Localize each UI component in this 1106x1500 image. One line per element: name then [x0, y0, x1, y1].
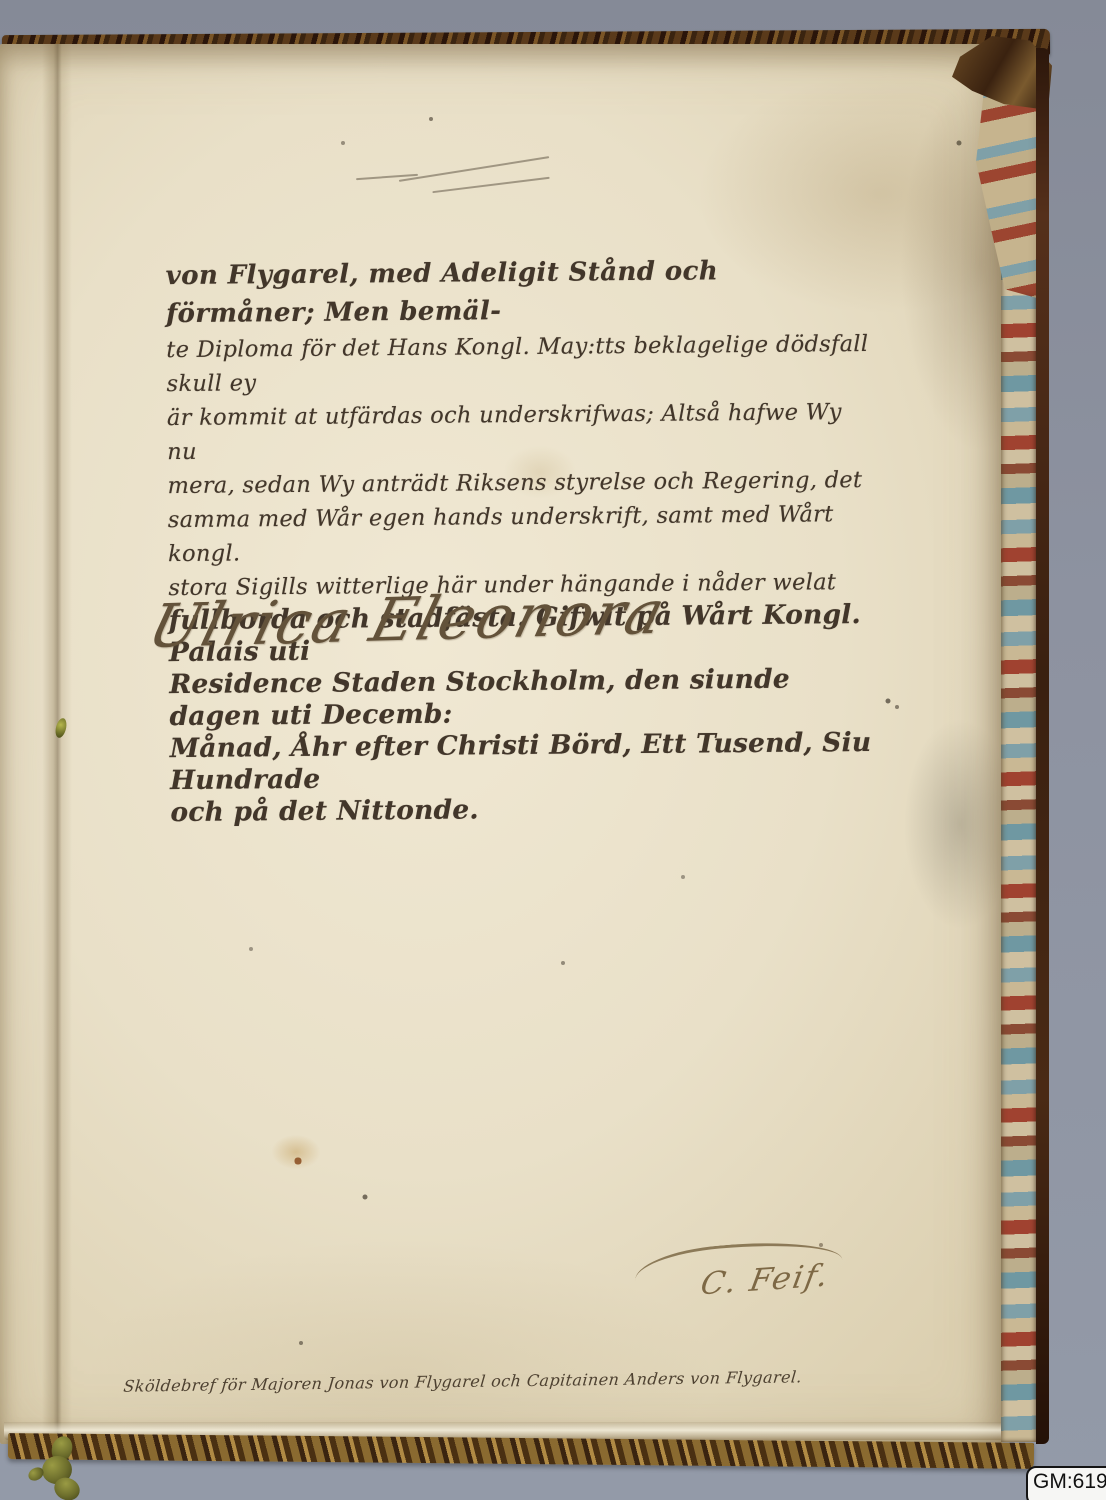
manuscript-line: och på det Nittonde.: [170, 791, 876, 829]
manuscript-line: von Flygarel, med Adeligit Stånd och för…: [166, 251, 873, 333]
manuscript-line: te Diploma för det Hans Kongl. May:tts b…: [166, 327, 873, 401]
manuscript-text-block: von Flygarel, med Adeligit Stånd och för…: [166, 251, 877, 829]
manuscript-line: samma med Wår egen hands underskrift, sa…: [168, 497, 875, 571]
gutter-fold: [42, 44, 72, 1444]
binding-tassel: [24, 1434, 94, 1500]
catalog-label: GM:619: [1026, 1466, 1106, 1500]
royal-signature-ulrica-eleonora: Ulrica Eleonora: [131, 572, 885, 702]
catalog-number: GM:619: [1033, 1470, 1106, 1494]
ink-specks: [0, 0, 2, 2]
manuscript-line: Månad, Åhr efter Christi Börd, Ett Tusen…: [170, 727, 877, 797]
book-right-edge-leather: [1036, 48, 1049, 1444]
manuscript-line: är kommit at utfärdas och underskrifwas;…: [167, 395, 874, 469]
